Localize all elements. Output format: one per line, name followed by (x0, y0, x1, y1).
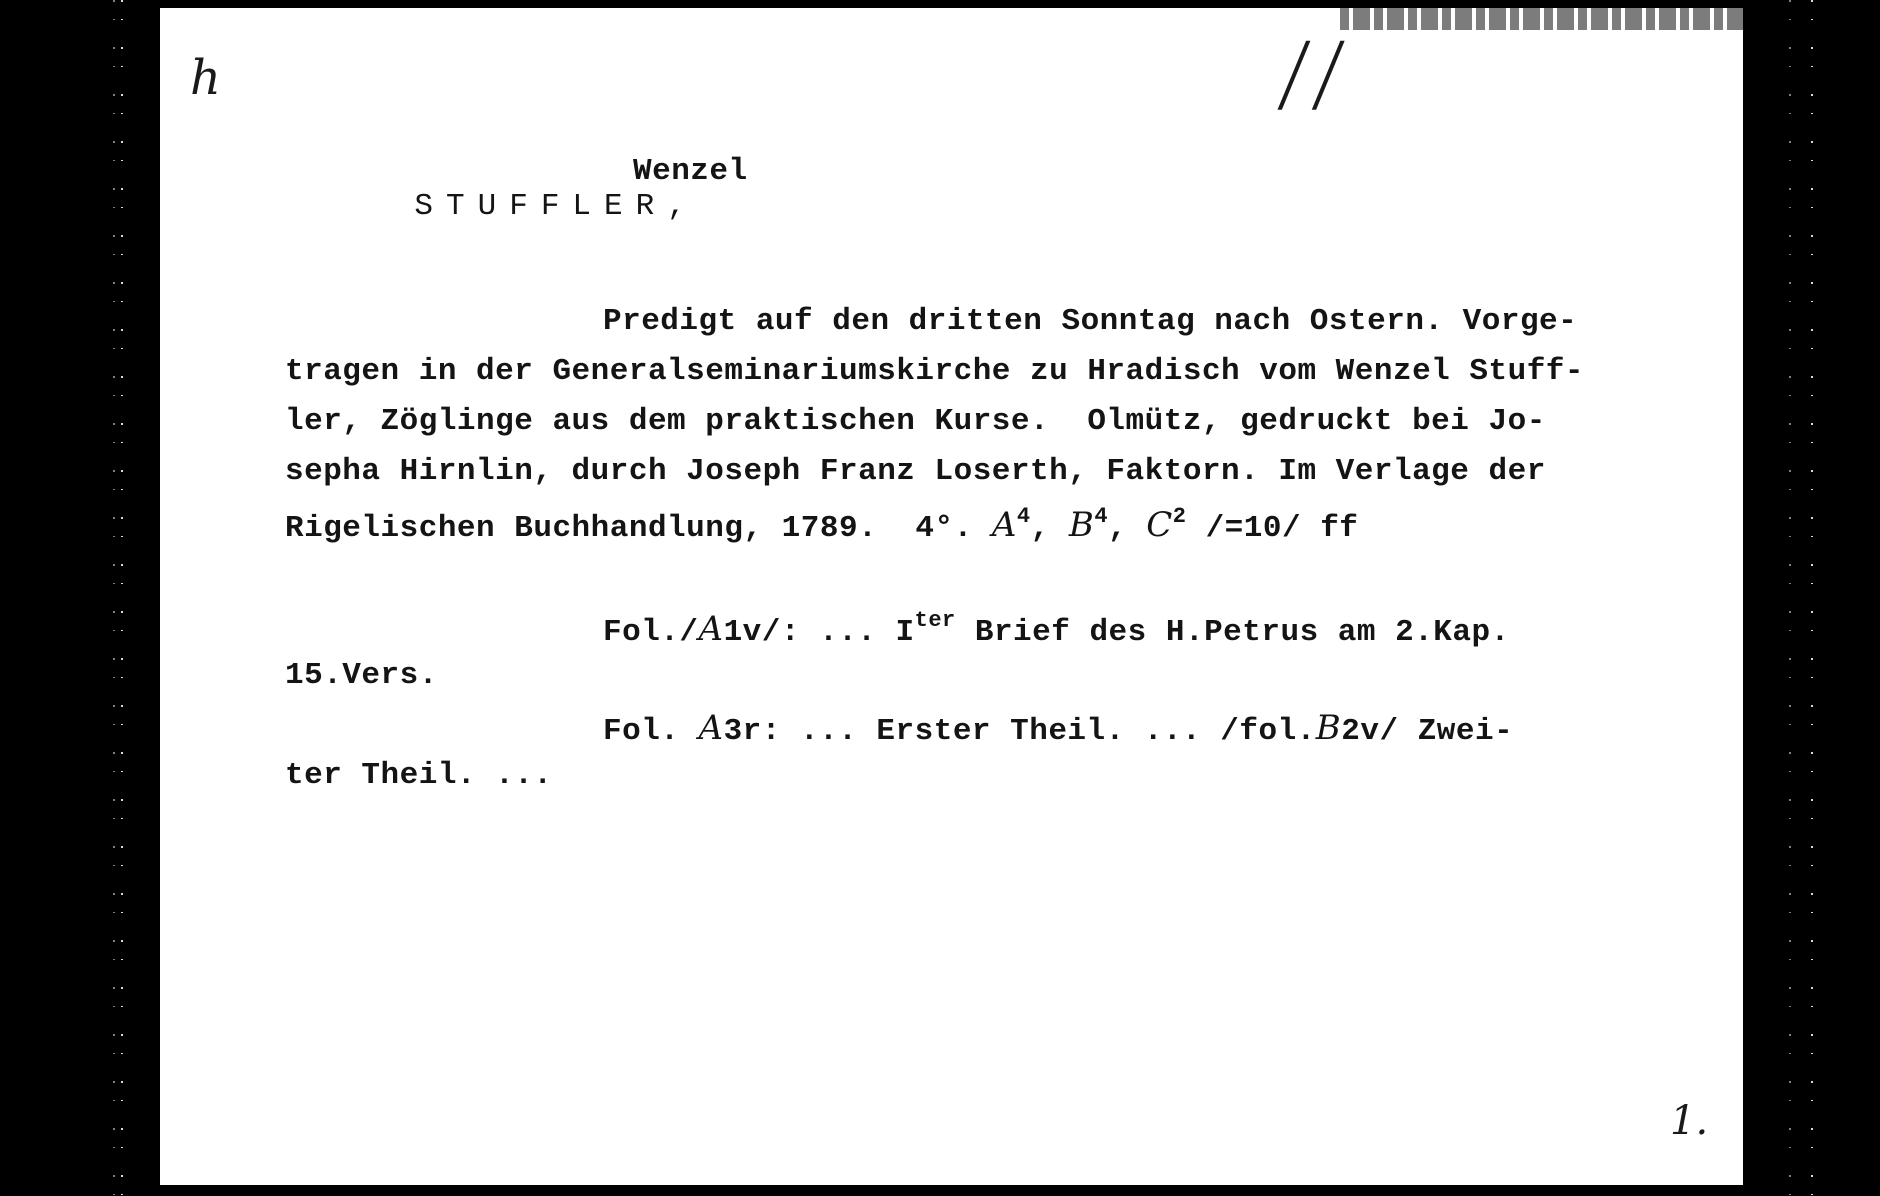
description-line-2: tragen in der Generalseminariumskirche z… (285, 354, 1584, 389)
note-2-prefix: Fol. (603, 714, 699, 749)
handwritten-corner-mark: h (190, 50, 221, 106)
note-1-continuation: 15.Vers. (285, 658, 438, 693)
heading-forename: Wenzel (633, 154, 748, 189)
format: 4°. (915, 511, 972, 546)
film-perforation-left-outer (113, 0, 115, 1196)
handwritten-page-number: 1. (1670, 1098, 1708, 1144)
surname: STUFFLER (414, 189, 667, 224)
signature-b: B (1069, 505, 1095, 545)
signature-c-count: 2 (1173, 504, 1187, 529)
note-1-prefix: Fol./ (603, 615, 699, 650)
note-1-roman-sup: ter (915, 608, 956, 633)
signature-a: A (992, 505, 1017, 545)
heading-separator: , (667, 189, 699, 224)
note-1-signature: A (699, 609, 724, 649)
film-perforation-right-inner (1789, 0, 1791, 1196)
note-2: Fol. A3r: ... Erster Theil. ... /fol.B2v… (603, 708, 1513, 749)
leaf-count: /=10/ ff (1206, 511, 1359, 546)
note-2-signature-2: B (1316, 708, 1342, 748)
signature-a-count: 4 (1017, 504, 1031, 529)
film-perforation-left (121, 0, 123, 1196)
note-1-ref: 1v/: ... (724, 615, 896, 650)
description-line-1: Predigt auf den dritten Sonntag nach Ost… (603, 304, 1577, 339)
note-2-text: 2v/ Zwei- (1341, 714, 1513, 749)
description-line-4: sepha Hirnlin, durch Joseph Franz Losert… (285, 454, 1546, 489)
note-2-signature: A (699, 708, 724, 748)
description-line-3: ler, Zöglinge aus dem praktischen Kurse.… (285, 404, 1546, 439)
scan-artifact (1340, 8, 1743, 30)
note-1-text: Brief des H.Petrus am 2.Kap. (956, 615, 1510, 650)
note-2-ref: 3r: ... Erster Theil. ... /fol. (724, 714, 1316, 749)
handwritten-slashes: // (1275, 24, 1354, 122)
imprint-end: Rigelischen Buchhandlung, 1789. (285, 511, 877, 546)
film-perforation-right (1811, 0, 1813, 1196)
description-line-5: Rigelischen Buchhandlung, 1789. 4°. A4, … (285, 504, 1358, 546)
signature-b-count: 4 (1094, 504, 1108, 529)
catalog-card: h // 1. STUFFLER, Wenzel Predigt auf den… (160, 8, 1743, 1185)
note-2-continuation: ter Theil. ... (285, 758, 552, 793)
note-1-roman: I (896, 615, 915, 650)
collation: 4°. A4, B4, C2 /=10/ ff (915, 511, 1358, 546)
note-1: Fol./A1v/: ... Iter Brief des H.Petrus a… (603, 608, 1510, 650)
signature-c: C (1146, 505, 1173, 545)
